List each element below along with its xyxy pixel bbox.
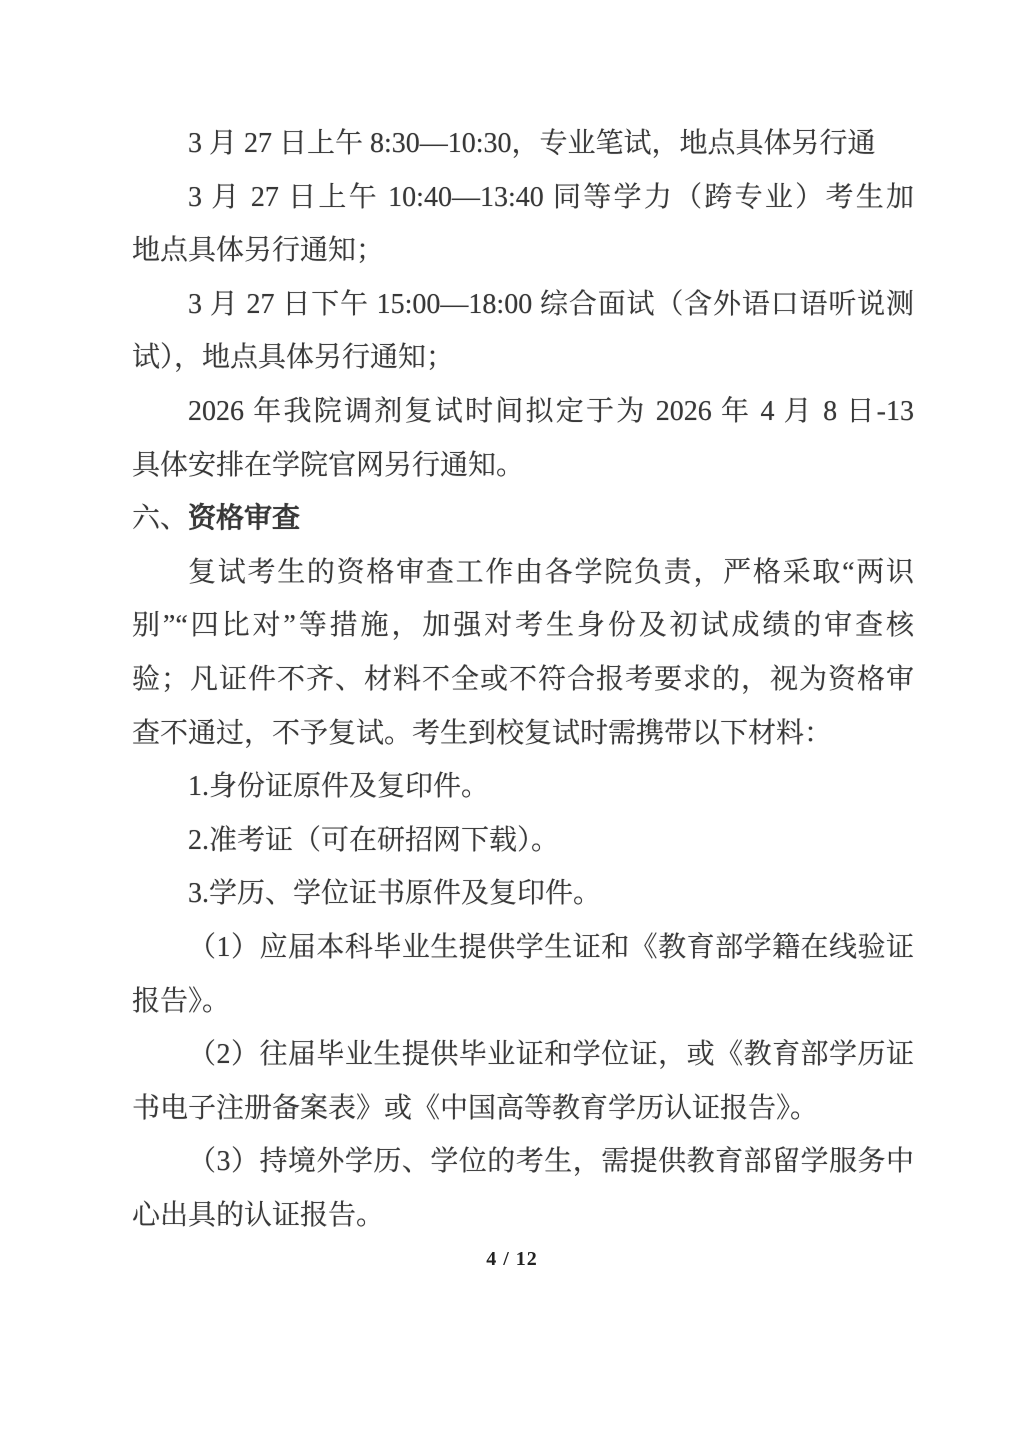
text-line: 3 月 27 日下午 15:00—18:00 综合面试（含外语口语听说测 <box>132 278 914 332</box>
text-line: 3 月 27 日上午 8:30—10:30，专业笔试，地点具体另行通知； <box>132 117 914 171</box>
text-line: 3 月 27 日上午 10:40—13:40 同等学力（跨专业）考生加试， <box>132 171 914 225</box>
text-line: （2）往届毕业生提供毕业证和学位证，或《教育部学历证 <box>132 1028 914 1082</box>
text-line: 具体安排在学院官网另行通知。 <box>132 439 914 493</box>
section-number: 六、 <box>132 503 188 534</box>
text-line: 复试考生的资格审查工作由各学院负责，严格采取“两识 <box>132 546 914 600</box>
text-line: 查不通过，不予复试。考生到校复试时需携带以下材料： <box>132 707 914 761</box>
text-line: 书电子注册备案表》或《中国高等教育学历认证报告》。 <box>132 1082 914 1136</box>
text-line: 2026 年我院调剂复试时间拟定于为 2026 年 4 月 8 日-13 日， <box>132 385 914 439</box>
text-line: 报告》。 <box>132 975 914 1029</box>
text-line: 地点具体另行通知； <box>132 224 914 278</box>
text-line: 2.准考证（可在研招网下载）。 <box>132 814 914 868</box>
text-line: 心出具的认证报告。 <box>132 1189 914 1243</box>
page-number: 4 / 12 <box>486 1248 538 1270</box>
text-line: 3.学历、学位证书原件及复印件。 <box>132 867 914 921</box>
text-line: （3）持境外学历、学位的考生，需提供教育部留学服务中 <box>132 1135 914 1189</box>
text-line: 试），地点具体另行通知； <box>132 331 914 385</box>
document-body: 3 月 27 日上午 8:30—10:30，专业笔试，地点具体另行通知；3 月 … <box>132 117 914 1242</box>
text-line: 别”“四比对”等措施，加强对考生身份及初试成绩的审查核 <box>132 599 914 653</box>
section-title: 资格审查 <box>188 503 300 534</box>
section-heading: 六、资格审查 <box>132 492 914 546</box>
text-line: 验；凡证件不齐、材料不全或不符合报考要求的，视为资格审 <box>132 653 914 707</box>
document-page: 3 月 27 日上午 8:30—10:30，专业笔试，地点具体另行通知；3 月 … <box>0 0 1024 1448</box>
text-line: （1）应届本科毕业生提供学生证和《教育部学籍在线验证 <box>132 921 914 975</box>
text-line: 1.身份证原件及复印件。 <box>132 760 914 814</box>
page-footer: 4 / 12 <box>0 1248 1024 1271</box>
